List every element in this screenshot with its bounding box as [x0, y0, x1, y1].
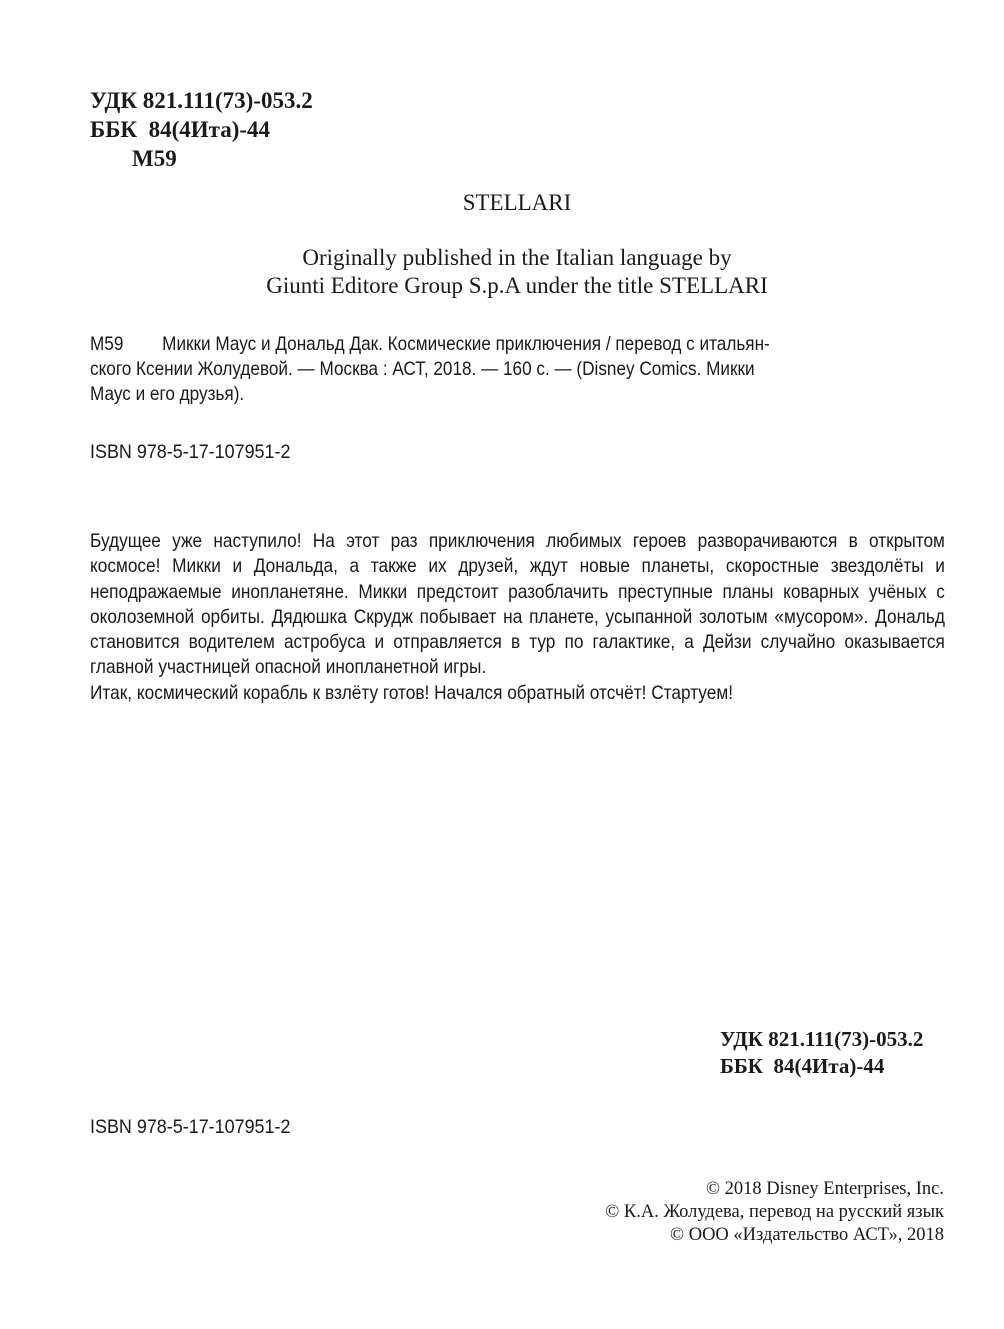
- bibliographic-record: М59Микки Маус и Дональд Дак. Космические…: [90, 332, 940, 407]
- original-publication-line-1: Originally published in the Italian lang…: [0, 244, 1004, 272]
- record-code: М59: [90, 332, 162, 357]
- record-line-2: ского Ксении Жолудевой. — Москва : АСТ, …: [90, 357, 940, 382]
- record-line-1: Микки Маус и Дональд Дак. Космические пр…: [162, 333, 770, 355]
- bbk-code: ББК 84(4Ита)-44: [90, 115, 313, 144]
- copyright-line-1: © 2018 Disney Enterprises, Inc.: [605, 1178, 944, 1201]
- classification-block-top: УДК 821.111(73)-053.2 ББК 84(4Ита)-44 М5…: [90, 86, 313, 173]
- isbn-bottom: ISBN 978-5-17-107951-2: [90, 1116, 290, 1139]
- copyright-block: © 2018 Disney Enterprises, Inc. © К.А. Ж…: [605, 1178, 944, 1247]
- classification-block-bottom: УДК 821.111(73)-053.2 ББК 84(4Ита)-44: [720, 1026, 923, 1080]
- record-line-3: Маус и его друзья).: [90, 382, 940, 407]
- annotation-paragraph: Будущее уже наступило! На этот раз прикл…: [90, 529, 945, 681]
- isbn-top: ISBN 978-5-17-107951-2: [90, 441, 290, 464]
- annotation-closing: Итак, космический корабль к взлёту готов…: [90, 681, 945, 706]
- annotation: Будущее уже наступило! На этот раз прикл…: [90, 529, 945, 706]
- copyright-line-3: © ООО «Издательство АСТ», 2018: [605, 1224, 944, 1247]
- bbk-code-bottom: ББК 84(4Ита)-44: [720, 1053, 923, 1080]
- author-mark: М59: [90, 144, 313, 173]
- original-publication-note: Originally published in the Italian lang…: [0, 244, 1004, 300]
- copyright-line-2: © К.А. Жолудева, перевод на русский язык: [605, 1201, 944, 1224]
- original-title: STELLARI: [0, 190, 1004, 216]
- original-publication-line-2: Giunti Editore Group S.p.A under the tit…: [0, 272, 1004, 300]
- udk-code-bottom: УДК 821.111(73)-053.2: [720, 1026, 923, 1053]
- udk-code: УДК 821.111(73)-053.2: [90, 86, 313, 115]
